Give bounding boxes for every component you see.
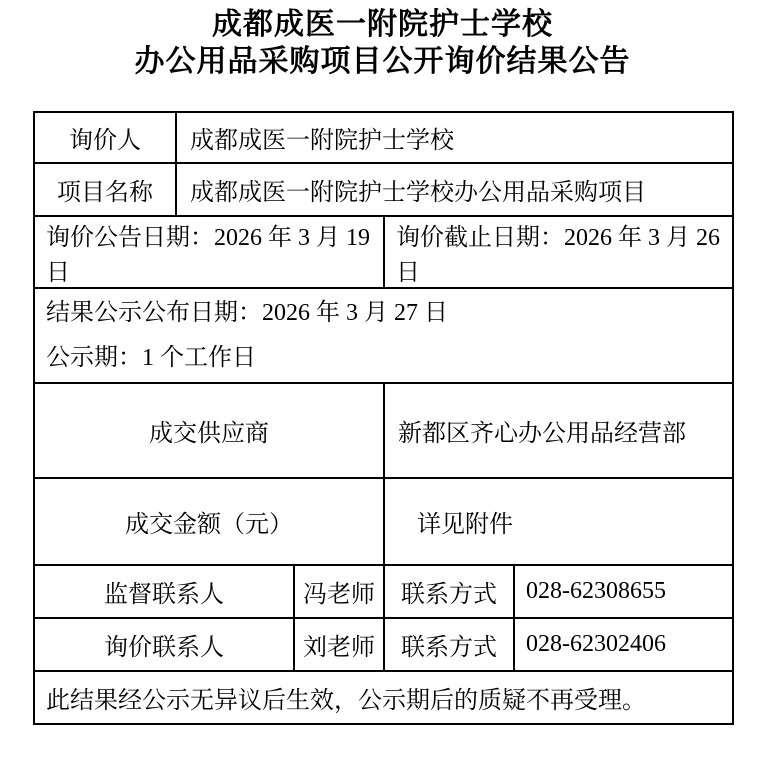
supervisor-label-cell: 监督联系人 bbox=[34, 565, 294, 618]
inquiry-contact-phone-cell: 028-62302406 bbox=[514, 618, 733, 671]
inquiry-contact-contact-label-cell: 联系方式 bbox=[384, 618, 514, 671]
inquirer-row: 询价人 成都成医一附院护士学校 bbox=[34, 112, 733, 163]
supervisor-name-cell: 冯老师 bbox=[294, 565, 384, 618]
inquiry-contact-name-cell: 刘老师 bbox=[294, 618, 384, 671]
footer-note-cell: 此结果经公示无异议后生效，公示期后的质疑不再受理。 bbox=[34, 671, 733, 724]
supplier-label-cell: 成交供应商 bbox=[34, 383, 384, 478]
supplier-row: 成交供应商 新都区齐心办公用品经营部 bbox=[34, 383, 733, 478]
inquiry-contact-row: 询价联系人 刘老师 联系方式 028-62302406 bbox=[34, 618, 733, 671]
amount-row: 成交金额（元） 详见附件 bbox=[34, 478, 733, 565]
supplier-value-cell: 新都区齐心办公用品经营部 bbox=[384, 383, 733, 478]
inquirer-value-cell: 成都成医一附院护士学校 bbox=[176, 112, 733, 163]
publicity-period-line: 公示期：1 个工作日 bbox=[46, 336, 732, 381]
inquiry-contact-label-cell: 询价联系人 bbox=[34, 618, 294, 671]
project-name-row: 项目名称 成都成医一附院护士学校办公用品采购项目 bbox=[34, 163, 733, 216]
footer-row: 此结果经公示无异议后生效，公示期后的质疑不再受理。 bbox=[34, 671, 733, 724]
result-publish-line: 结果公示公布日期：2026 年 3 月 27 日 bbox=[46, 291, 732, 336]
result-publish-row: 结果公示公布日期：2026 年 3 月 27 日 公示期：1 个工作日 bbox=[34, 288, 733, 383]
result-publish-cell: 结果公示公布日期：2026 年 3 月 27 日 公示期：1 个工作日 bbox=[34, 288, 733, 383]
supervisor-contact-label-cell: 联系方式 bbox=[384, 565, 514, 618]
result-table: 询价人 成都成医一附院护士学校 项目名称 成都成医一附院护士学校办公用品采购项目… bbox=[33, 111, 734, 725]
supervisor-contact-row: 监督联系人 冯老师 联系方式 028-62308655 bbox=[34, 565, 733, 618]
deadline-date-cell: 询价截止日期：2026 年 3 月 26 日 bbox=[384, 216, 733, 288]
dates-row: 询价公告日期：2026 年 3 月 19 日 询价截止日期：2026 年 3 月… bbox=[34, 216, 733, 288]
amount-label-cell: 成交金额（元） bbox=[34, 478, 384, 565]
announcement-page: 成都成医一附院护士学校 办公用品采购项目公开询价结果公告 询价人 成都成医一附院… bbox=[0, 0, 765, 764]
document-title: 成都成医一附院护士学校 办公用品采购项目公开询价结果公告 bbox=[0, 0, 765, 80]
inquirer-label-cell: 询价人 bbox=[34, 112, 176, 163]
project-name-value-cell: 成都成医一附院护士学校办公用品采购项目 bbox=[176, 163, 733, 216]
amount-value-cell: 详见附件 bbox=[384, 478, 733, 565]
announce-date-cell: 询价公告日期：2026 年 3 月 19 日 bbox=[34, 216, 384, 288]
title-line-2: 办公用品采购项目公开询价结果公告 bbox=[0, 43, 765, 80]
project-name-label-cell: 项目名称 bbox=[34, 163, 176, 216]
supervisor-phone-cell: 028-62308655 bbox=[514, 565, 733, 618]
title-line-1: 成都成医一附院护士学校 bbox=[0, 6, 765, 43]
